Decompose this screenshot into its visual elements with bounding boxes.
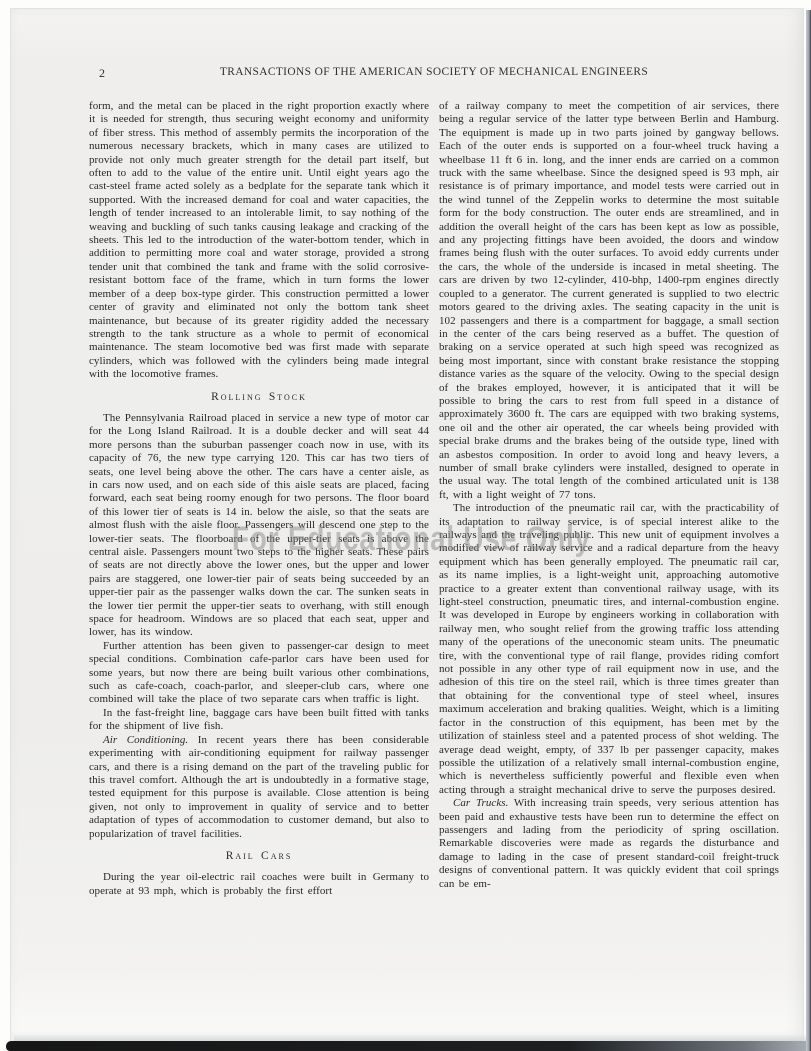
scan-edge-bottom bbox=[6, 1041, 811, 1051]
paragraph-double-decker-car: The Pennsylvania Railroad placed in serv… bbox=[89, 412, 429, 640]
run-in-heading-car-trucks: Car Trucks. bbox=[453, 797, 508, 809]
scan-edge-right bbox=[806, 10, 811, 1051]
paragraph-oil-electric-coaches: During the year oil-electric rail coache… bbox=[89, 871, 429, 898]
section-heading-rolling-stock: Rolling Stock bbox=[89, 391, 429, 404]
document-page: 2 TRANSACTIONS OF THE AMERICAN SOCIETY O… bbox=[10, 8, 804, 1042]
paragraph-car-trucks-text: With increasing train speeds, very serio… bbox=[439, 797, 779, 889]
paragraph-air-conditioning: Air Conditioning. In recent years there … bbox=[89, 734, 429, 841]
left-column: form, and the metal can be placed in the… bbox=[89, 100, 429, 1000]
journal-title: TRANSACTIONS OF THE AMERICAN SOCIETY OF … bbox=[89, 66, 779, 78]
paragraph-pneumatic-rail-car: The introduction of the pneumatic rail c… bbox=[439, 502, 779, 797]
paragraph-car-trucks: Car Trucks. With increasing train speeds… bbox=[439, 797, 779, 891]
section-heading-rail-cars: Rail Cars bbox=[89, 850, 429, 863]
paragraph-german-rail-coaches: of a railway company to meet the competi… bbox=[439, 100, 779, 502]
right-column: of a railway company to meet the competi… bbox=[439, 100, 779, 1000]
paragraph-tender-frames: form, and the metal can be placed in the… bbox=[89, 100, 429, 382]
scanned-journal-page: { "page": { "number": "2", "journal_titl… bbox=[0, 0, 811, 1051]
run-in-heading-air-conditioning: Air Conditioning. bbox=[103, 734, 188, 746]
paragraph-air-conditioning-text: In recent years there has been considera… bbox=[89, 734, 429, 840]
page-header: 2 TRANSACTIONS OF THE AMERICAN SOCIETY O… bbox=[89, 66, 779, 82]
paragraph-combination-cars: Further attention has been given to pass… bbox=[89, 640, 429, 707]
scan-shadow-bottom bbox=[14, 1034, 806, 1041]
paragraph-fast-freight: In the fast-freight line, baggage cars h… bbox=[89, 707, 429, 734]
